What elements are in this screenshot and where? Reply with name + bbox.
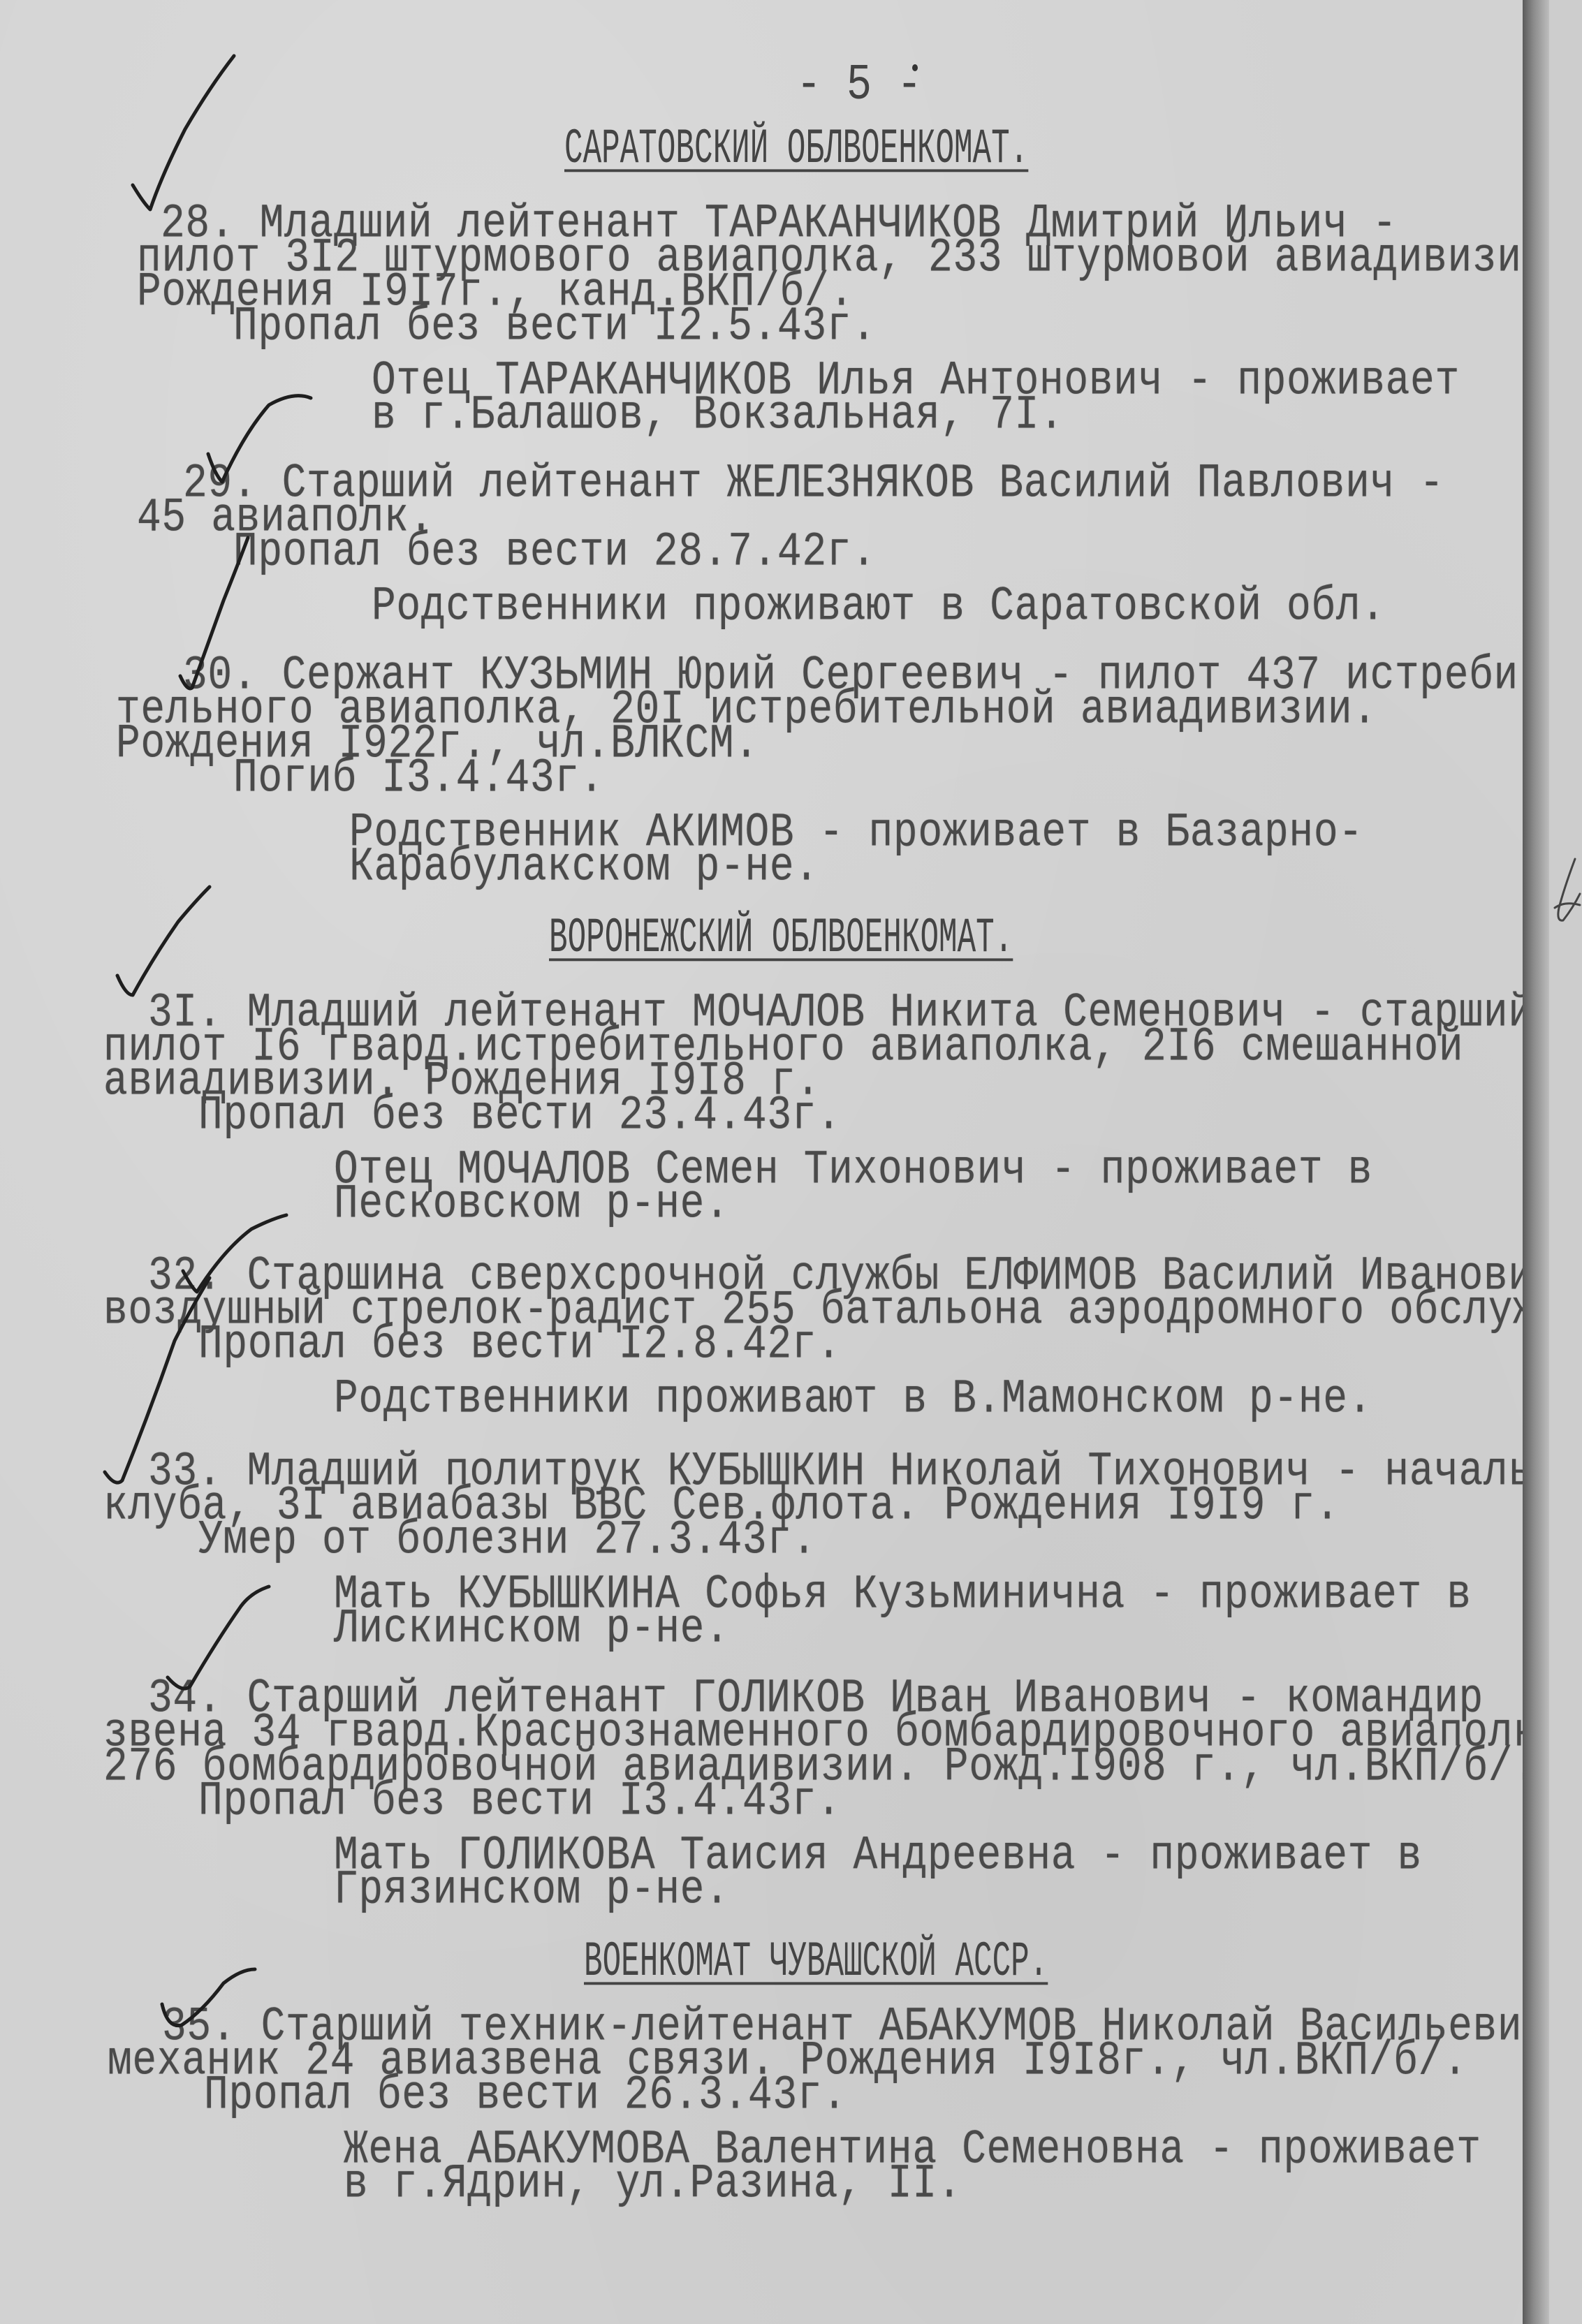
page-number: - 5 -: [796, 57, 922, 115]
section-heading-saratov: САРАТОВСКИЙ ОБЛВОЕНКОМАТ.: [564, 126, 1028, 175]
relative-line: Родственники проживают в В.Мамонском р-н…: [334, 1376, 1372, 1424]
section-heading-chuvash: ВОЕНКОМАТ ЧУВАШСКОЙ АССР.: [584, 1939, 1048, 1987]
entry-status: Пропал без вести 23.4.43г.: [198, 1093, 842, 1140]
section-heading-voronezh: ВОРОНЕЖСКИЙ ОБЛВОЕНКОМАТ.: [549, 915, 1013, 964]
relative-line: Карабулакском р-не.: [349, 844, 819, 892]
relative-line: Лискинском р-не.: [334, 1606, 730, 1654]
relative-line: Грязинском р-не.: [334, 1867, 730, 1915]
entry-status: Пропал без вести 26.3.43г.: [204, 2073, 847, 2120]
relative-line: в г.Ядрин, ул.Разина, II.: [344, 2161, 962, 2209]
entry-status: Умер от болезни 27.3.43г.: [198, 1517, 816, 1565]
relative-line: Родственники проживают в Саратовской обл…: [372, 584, 1386, 631]
adjacent-page-strip: [1549, 0, 1582, 2324]
relative-line: Песковском р-не.: [334, 1182, 730, 1229]
entry-status: Пропал без вести I3.4.43г.: [198, 1779, 842, 1826]
relative-line: в г.Балашов, Вокзальная, 7I.: [372, 392, 1064, 440]
entry-status: Погиб I3.4.43г.: [233, 756, 604, 803]
ink-dot: [912, 64, 918, 71]
document-page: - 5 - САРАТОВСКИЙ ОБЛВОЕНКОМАТ. 28. Млад…: [0, 0, 1523, 2324]
entry-status: Пропал без вести I2.5.43г.: [233, 304, 877, 351]
entry-status: Пропал без вести I2.8.42г.: [198, 1322, 842, 1369]
page-edge-shadow: [1523, 0, 1549, 2324]
entry-status: Пропал без вести 28.7.42г.: [233, 529, 877, 577]
